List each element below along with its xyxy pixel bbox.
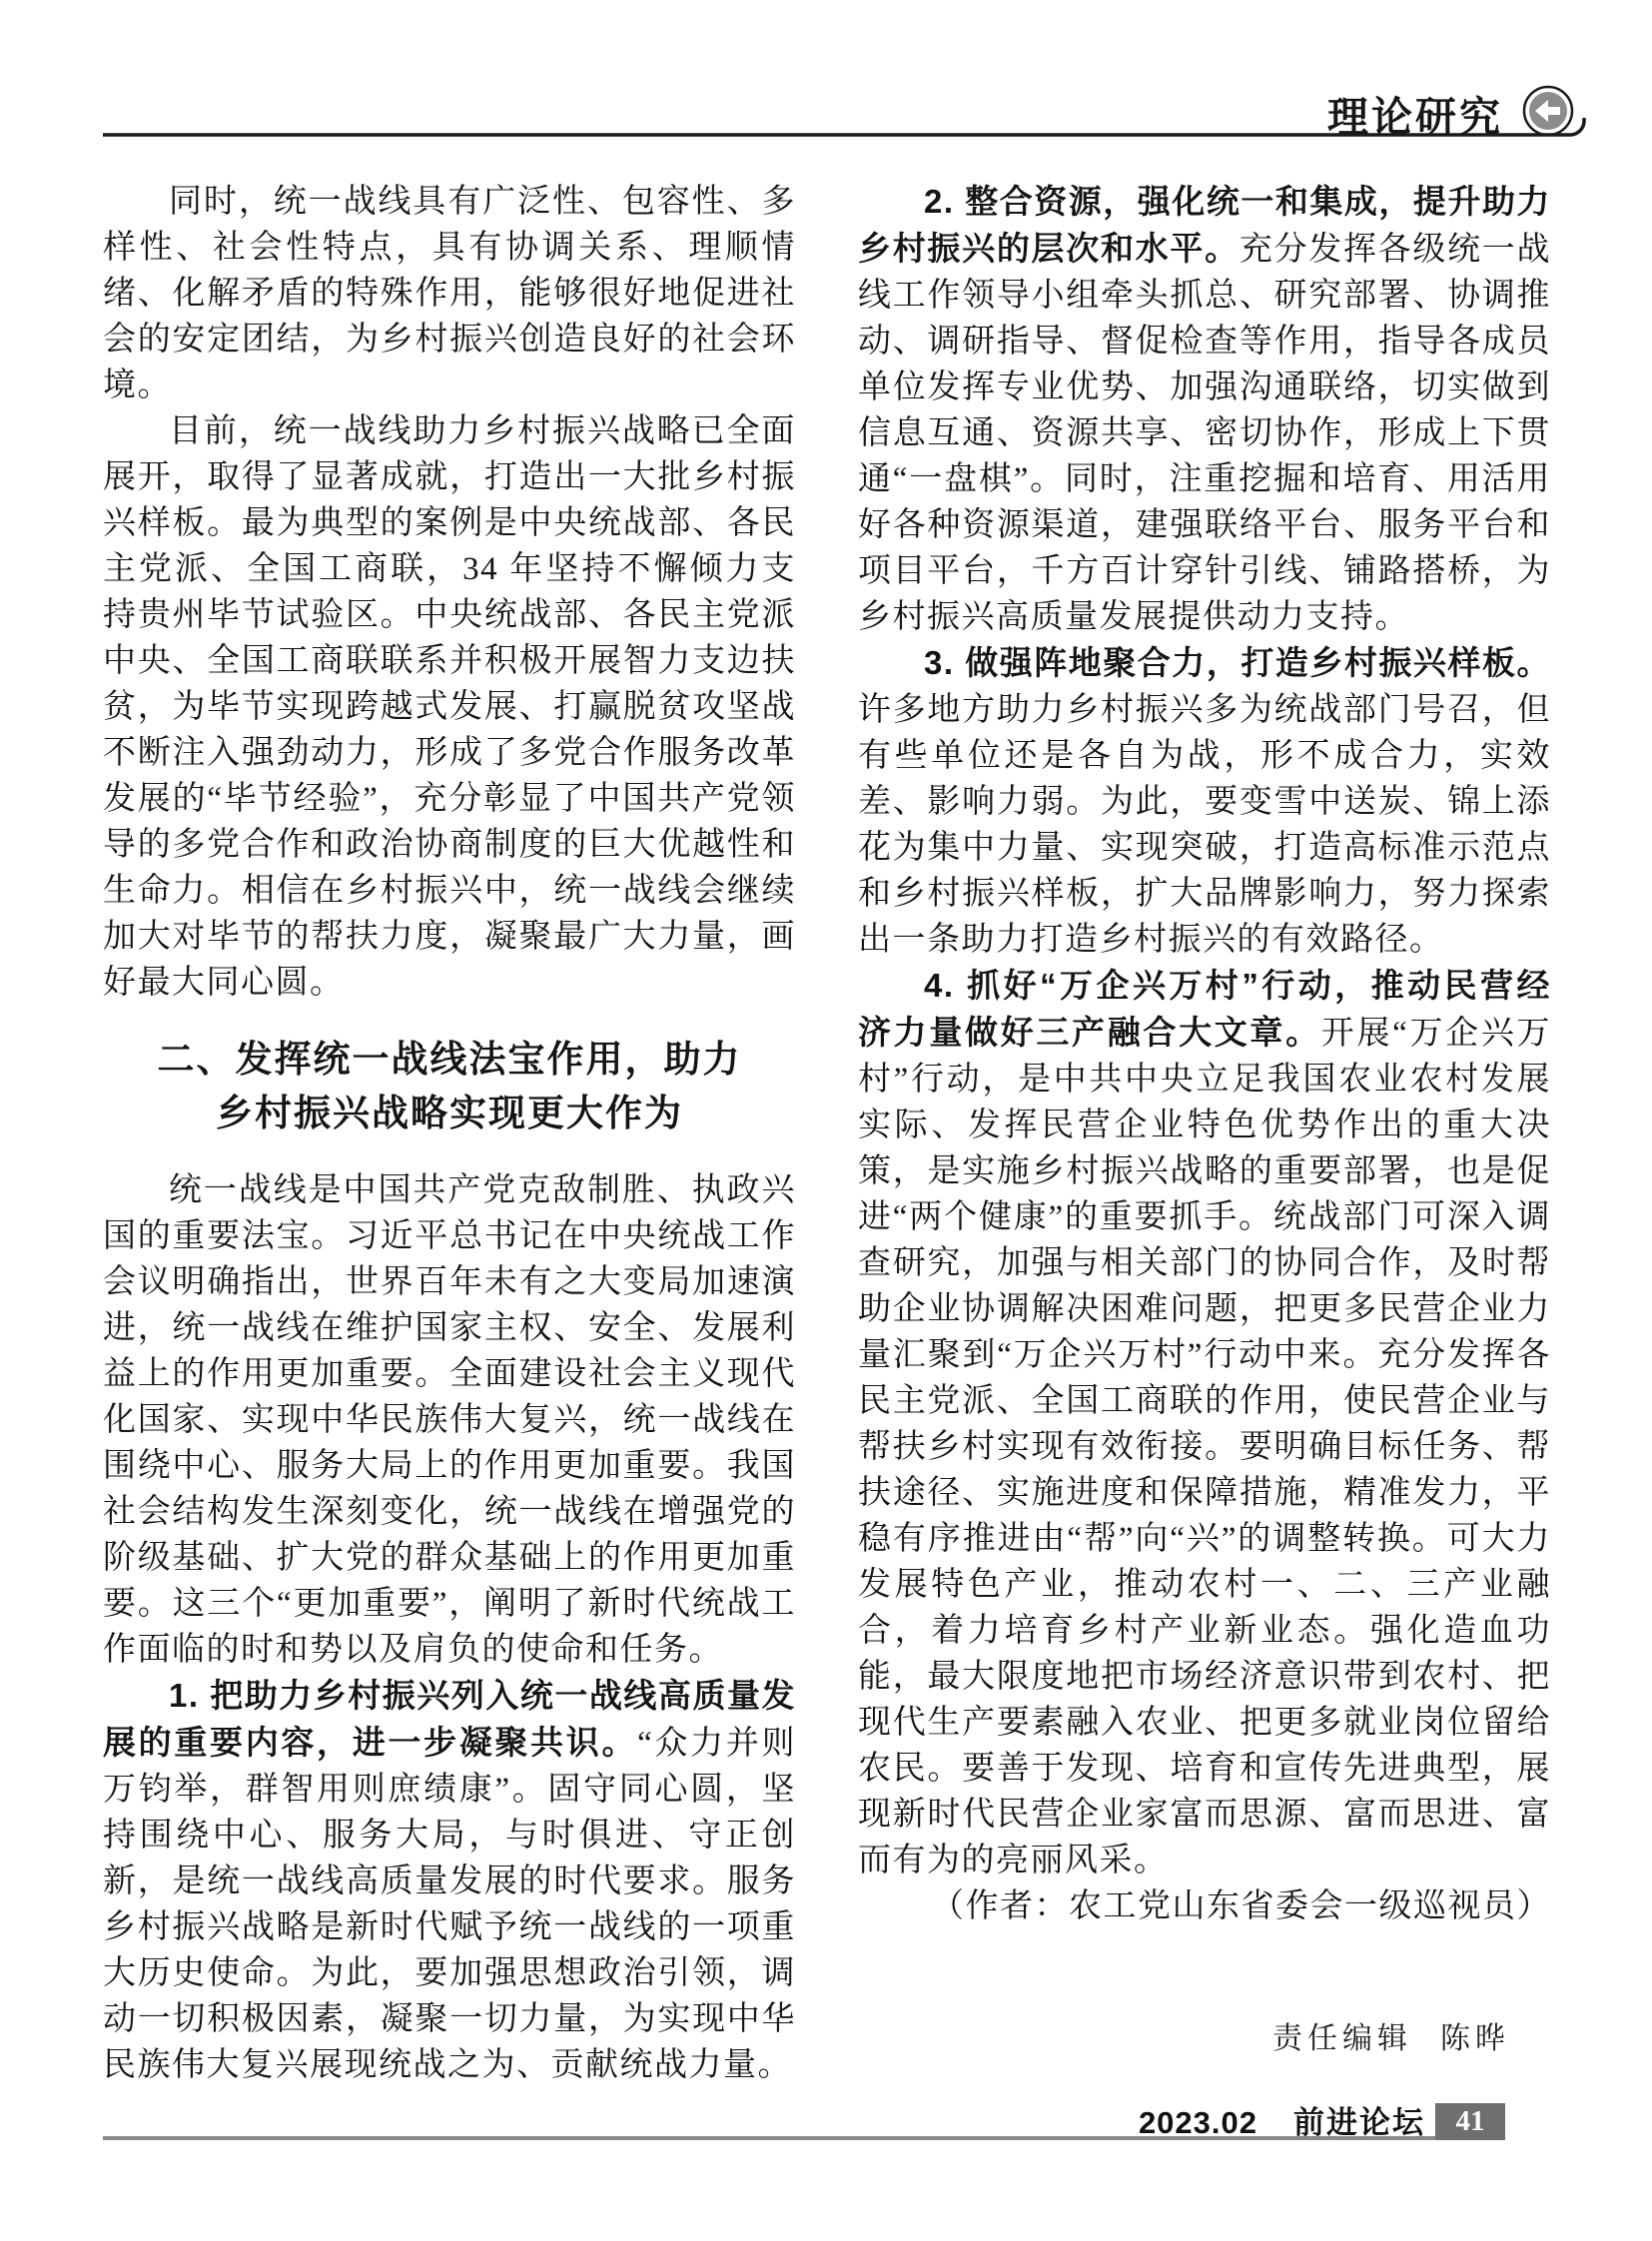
paragraph: 1. 把助力乡村振兴列入统一战线高质量发展的重要内容，进一步凝聚共识。“众力并则… [103, 1673, 796, 2088]
left-column: 同时，统一战线具有广泛性、包容性、多样性、社会性特点，具有协调关系、理顺情绪、化… [103, 179, 796, 2088]
paragraph-text: 充分发挥各级统一战线工作领导小组牵头抓总、研究部署、协调推动、调研指导、督促检查… [858, 232, 1551, 635]
footer-meta: 2023.02前进论坛 [1139, 2097, 1425, 2142]
journal-name: 前进论坛 [1293, 2105, 1425, 2140]
page-number-badge: 41 [1435, 2103, 1505, 2140]
editor-credit: 责任编辑陈晔 [1272, 2013, 1510, 2057]
magazine-page: 理论研究 同时，统一战线具有广泛性、包容性、多样性、社会性特点，具有协调关系、理… [0, 0, 1652, 2241]
paragraph: 2. 整合资源，强化统一和集成，提升助力乡村振兴的层次和水平。充分发挥各级统一战… [858, 179, 1551, 640]
right-column: 2. 整合资源，强化统一和集成，提升助力乡村振兴的层次和水平。充分发挥各级统一战… [858, 179, 1551, 1929]
editor-label: 责任编辑 [1272, 2022, 1412, 2055]
paragraph-text: 统一战线是中国共产党克敌制胜、执政兴国的重要法宝。习近平总书记在中央统战工作会议… [103, 1172, 796, 1668]
paragraph: 目前，统一战线助力乡村振兴战略已全面展开，取得了显著成就，打造出一大批乡村振兴样… [103, 408, 796, 1006]
paragraph: 统一战线是中国共产党克敌制胜、执政兴国的重要法宝。习近平总书记在中央统战工作会议… [103, 1167, 796, 1673]
paragraph-text: 同时，统一战线具有广泛性、包容性、多样性、社会性特点，具有协调关系、理顺情绪、化… [103, 184, 796, 403]
paragraph-text: “众力并则万钧举，群智用则庶绩康”。固守同心圆，坚持围绕中心、服务大局，与时俱进… [103, 1726, 796, 2083]
paragraph: 同时，统一战线具有广泛性、包容性、多样性、社会性特点，具有协调关系、理顺情绪、化… [103, 179, 796, 408]
page-number: 41 [1456, 2105, 1485, 2138]
page-section-label: 理论研究 [1327, 84, 1503, 143]
numbered-point-lead: 3. 做强阵地聚合力，打造乡村振兴样板。 [924, 644, 1551, 681]
paragraph: 4. 抓好“万企兴万村”行动，推动民营经济力量做好三产融合大文章。开展“万企兴万… [858, 963, 1551, 1883]
section-heading-line2: 乡村振兴战略实现更大作为 [103, 1088, 796, 1141]
paragraph-text: 目前，统一战线助力乡村振兴战略已全面展开，取得了显著成就，打造出一大批乡村振兴样… [103, 413, 796, 1001]
editor-name: 陈晔 [1440, 2022, 1510, 2055]
paragraph: 3. 做强阵地聚合力，打造乡村振兴样板。许多地方助力乡村振兴多为统战部门号召，但… [858, 640, 1551, 963]
section-heading-line1: 二、发挥统一战线法宝作用，助力 [103, 1034, 796, 1088]
paragraph-text: 许多地方助力乡村振兴多为统战部门号召，但有些单位还是各自为战，形不成合力，实效差… [858, 692, 1551, 958]
issue-date: 2023.02 [1139, 2105, 1257, 2140]
author-note: （作者：农工党山东省委会一级巡视员） [858, 1883, 1551, 1929]
paragraph-text: 开展“万企兴万村”行动，是中共中央立足我国农业农村发展实际、发挥民营企业特色优势… [858, 1016, 1551, 1878]
section-heading: 二、发挥统一战线法宝作用，助力 乡村振兴战略实现更大作为 [103, 1034, 796, 1141]
